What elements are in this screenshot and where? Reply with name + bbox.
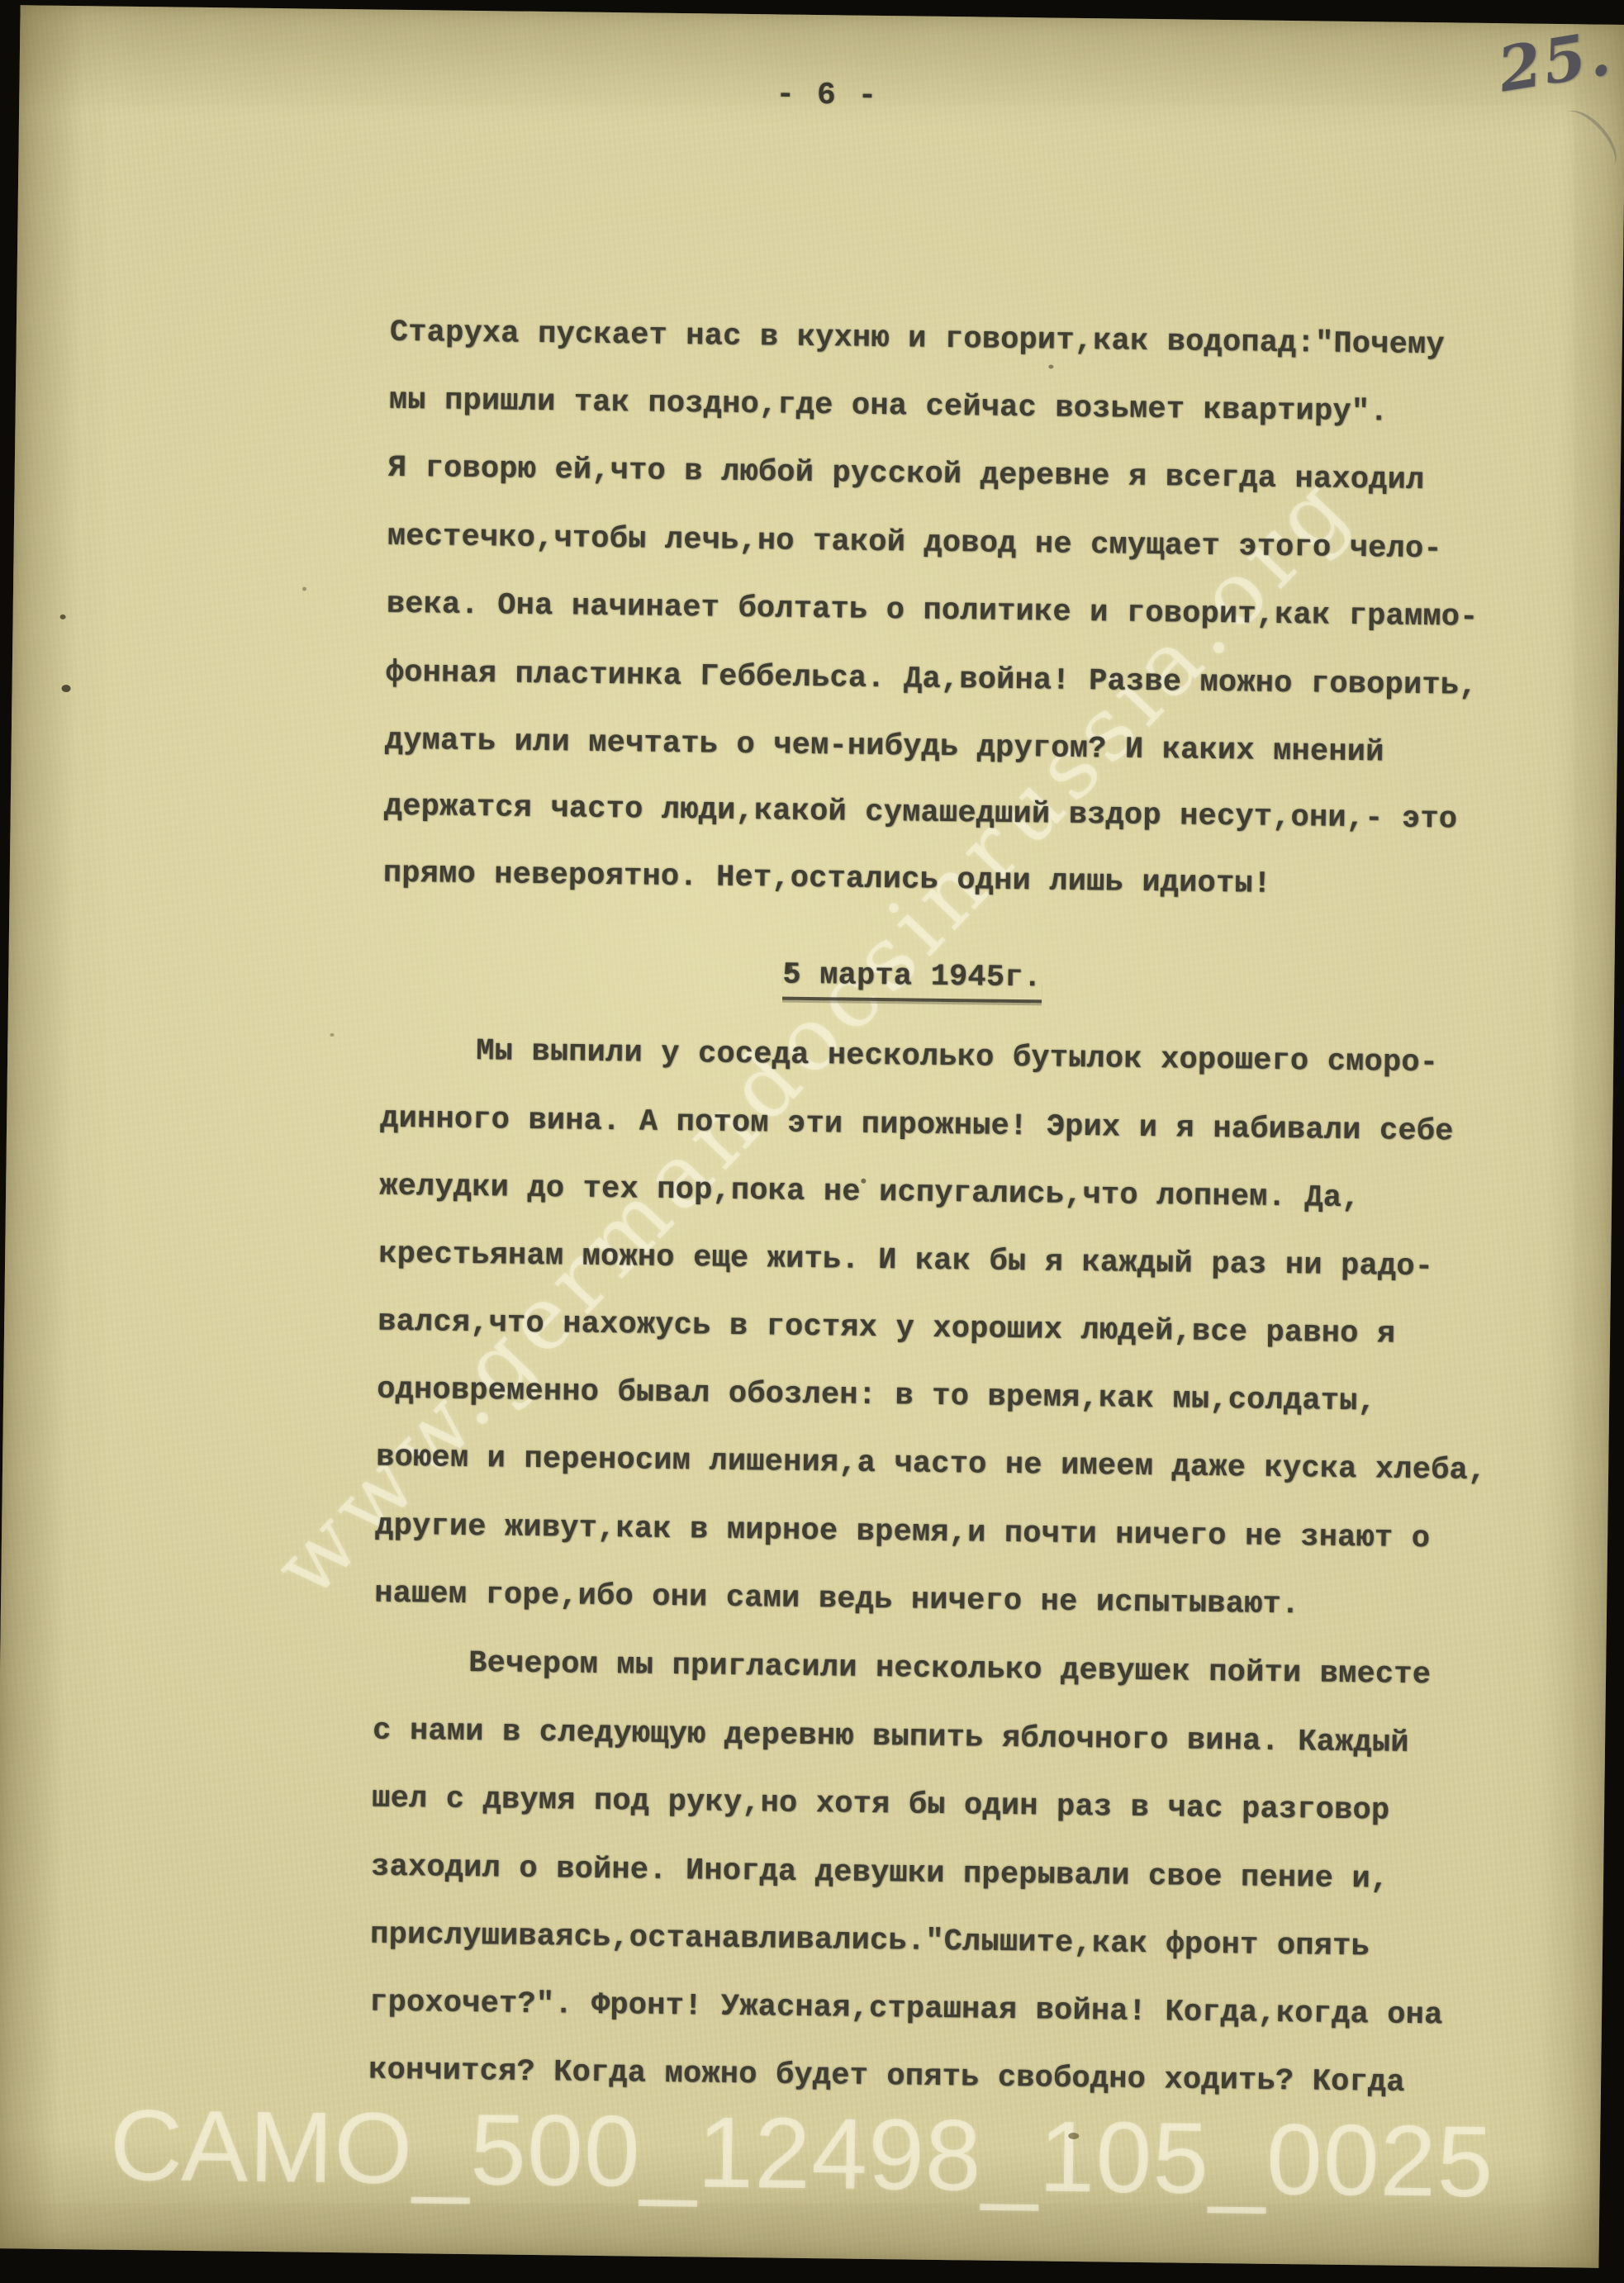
- typed-line: Старуха пускает нас в кухню и говорит,ка…: [390, 314, 1445, 365]
- typed-line: нашем горе,ибо они сами ведь ничего не и…: [374, 1575, 1300, 1625]
- paper-speck: [785, 965, 792, 972]
- typed-line: с нами в следующую деревню выпить яблочн…: [373, 1712, 1409, 1763]
- paper-speck: [861, 1179, 866, 1184]
- paper-speck: [1068, 2133, 1079, 2139]
- typed-line: Мы выпили у соседа несколько бутылок хор…: [476, 1032, 1438, 1082]
- typed-line: держатся часто люди,какой сумашедший взд…: [384, 788, 1458, 839]
- typed-line: заходил о войне. Иногда девушки прерывал…: [371, 1849, 1389, 1899]
- folio-number-handwritten: 25.: [1493, 20, 1617, 103]
- paper-speck: [1048, 364, 1053, 368]
- page-number: - 6 -: [776, 76, 879, 116]
- typed-line: воюем и переносим лишения,а часто не име…: [376, 1439, 1487, 1490]
- typed-line: века. Она начинает болтать о политике и …: [387, 586, 1479, 637]
- paper-speck: [60, 615, 66, 619]
- paper-speck: [302, 586, 306, 591]
- typed-line: грохочет?". Фронт! Ужасная,страшная войн…: [369, 1984, 1443, 2035]
- paper-sheet: - 6 - 25. www.germandocsinrussia.org Ста…: [0, 5, 1624, 2268]
- typed-line: думать или мечтать о чем-нибудь другом? …: [385, 722, 1384, 772]
- paper-speck: [62, 685, 71, 692]
- paper-speck: [330, 1033, 334, 1037]
- scan-background: - 6 - 25. www.germandocsinrussia.org Ста…: [0, 0, 1624, 2283]
- typed-line: Я говорю ей,что в любой русской деревне …: [388, 449, 1425, 500]
- typed-line: мы пришли так поздно,где она сейчас возь…: [389, 382, 1389, 432]
- typed-line: шел с двумя под руку,но хотя бы один раз…: [372, 1780, 1390, 1830]
- typed-line: фонная пластинка Геббельса. Да,война! Ра…: [386, 654, 1478, 705]
- typed-line: желудки до тех пор,пока не испугались,чт…: [379, 1168, 1360, 1218]
- date-heading: 5 марта 1945г.: [782, 956, 1042, 1004]
- typed-line: одновременно бывал обозлен: в то время,к…: [377, 1371, 1376, 1422]
- pen-stroke: [1552, 102, 1624, 179]
- typed-line: другие живут,как в мирное время,и почти …: [375, 1507, 1430, 1559]
- typed-line: прямо невероятно. Нет,остались одни лишь…: [383, 855, 1272, 904]
- archive-reference-watermark: САМО_500_12498_105_0025: [109, 2091, 1494, 2215]
- typed-line: прислушиваясь,останавливались."Слышите,к…: [370, 1916, 1370, 1967]
- typed-line: динного вина. А потом эти пирожные! Эрих…: [380, 1100, 1454, 1151]
- typed-line: Вечером мы пригласили несколько девушек …: [468, 1645, 1431, 1694]
